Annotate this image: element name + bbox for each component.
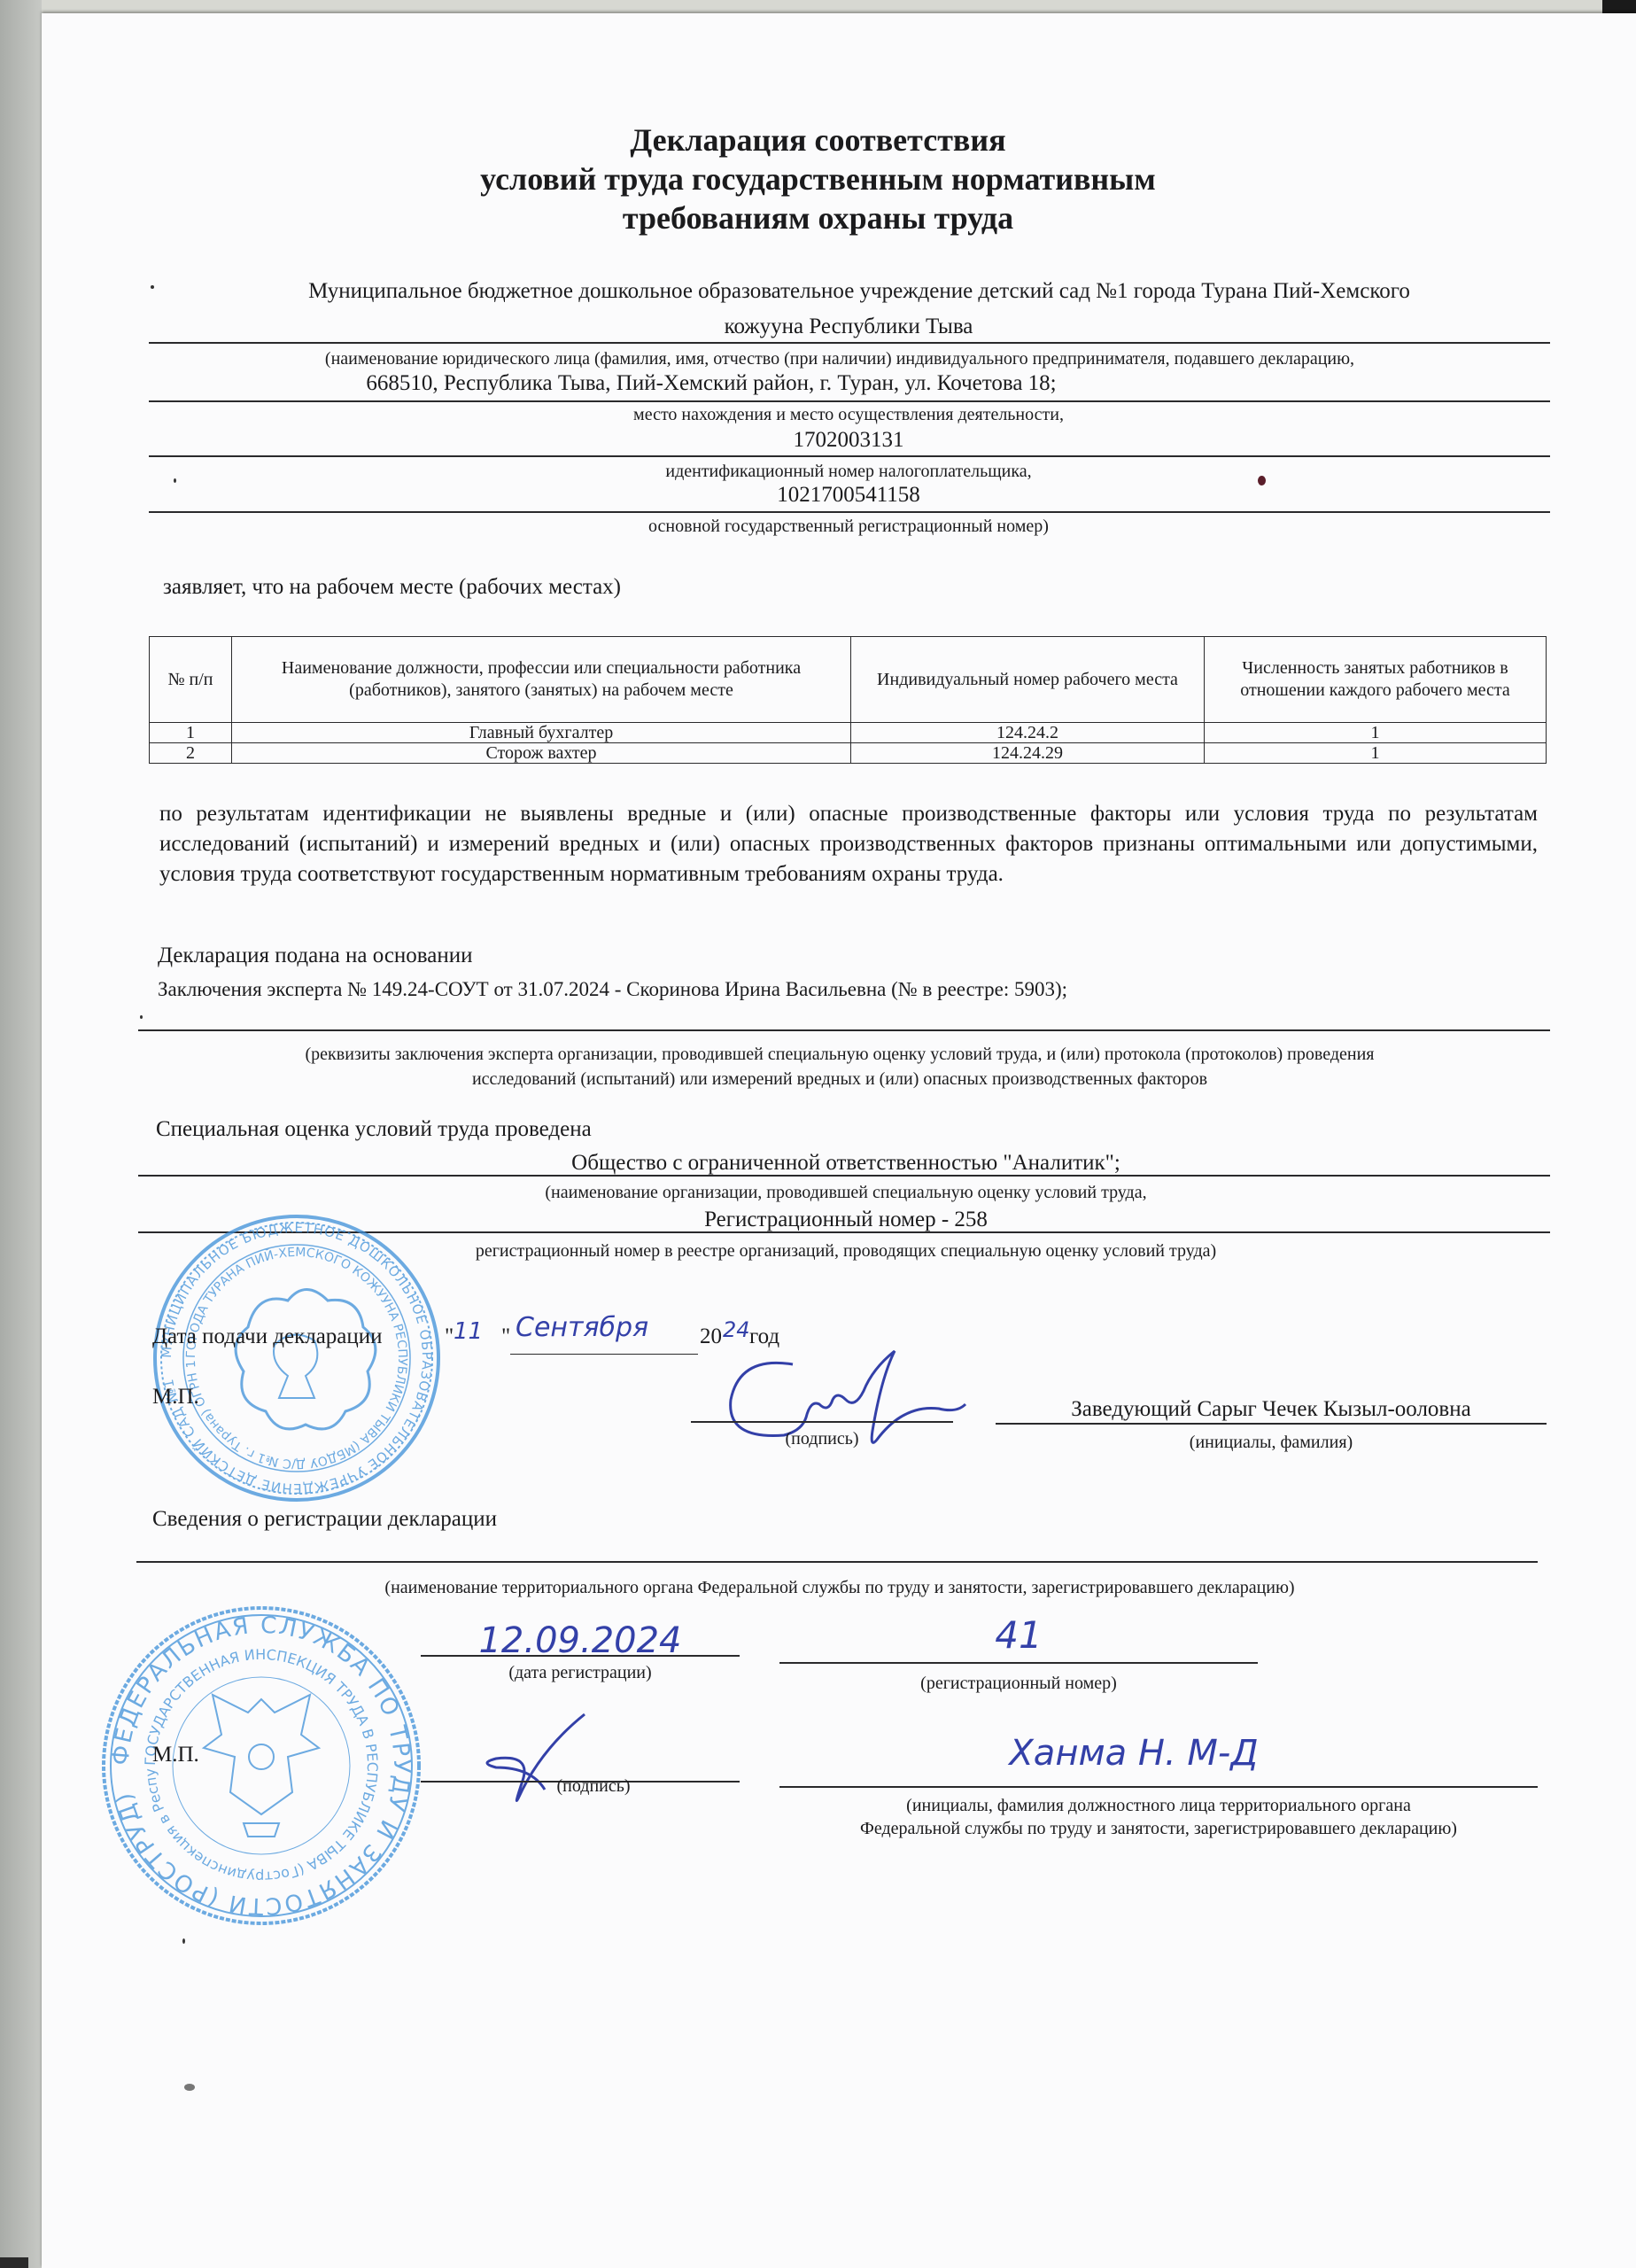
declares-text: заявляет, что на рабочем месте (рабочих … [163, 574, 621, 601]
signer-caption: (инициалы, фамилия) [996, 1432, 1547, 1454]
rostrud-stamp: ФЕДЕРАЛЬНАЯ СЛУЖБА ПО ТРУДУ И ЗАНЯТОСТИ … [97, 1602, 425, 1930]
underline [149, 455, 1550, 457]
col-header-count: Численность занятых работников в отношен… [1205, 637, 1547, 723]
scanner-edge-corner-bottom [0, 2257, 28, 2268]
declarant-address: 668510, Республика Тыва, Пий-Хемский рай… [149, 370, 1274, 397]
submission-mp: М.П. [152, 1384, 199, 1410]
stamp-seal-icon: МУНИЦИПАЛЬНОЕ БЮДЖЕТНОЕ ДОШКОЛЬНОЕ ОБРАЗ… [151, 1212, 443, 1504]
title-line-3: требованиям охраны труда [0, 198, 1636, 237]
cell-position: Главный бухгалтер [232, 723, 851, 743]
col-header-position: Наименование должности, профессии или сп… [232, 637, 851, 723]
declarant-name-line-2: кожууна Республики Тыва [149, 314, 1548, 340]
underline [136, 1561, 1538, 1563]
document-title: Декларация соответствия условий труда го… [0, 120, 1636, 237]
registration-number: 41 [779, 1614, 1258, 1657]
underline [421, 1655, 740, 1657]
registration-number-caption: (регистрационный номер) [779, 1673, 1258, 1695]
submission-month: Сентября [516, 1315, 648, 1341]
registration-mp: М.П. [152, 1742, 199, 1768]
signer-name: Заведующий Сарыг Чечек Кызыл-ооловна [996, 1396, 1547, 1423]
declarant-name-line-1: Муниципальное бюджетное дошкольное образ… [168, 278, 1550, 305]
underline [138, 1175, 1550, 1177]
cell-number: 1 [150, 723, 232, 743]
quote-open: " [445, 1324, 454, 1350]
scanner-edge-left [0, 0, 42, 2268]
submission-year-suffix: 24 [723, 1317, 750, 1343]
cell-position: Сторож вахтер [232, 743, 851, 764]
svg-text:МУНИЦИПАЛЬНОЕ БЮДЖЕТНОЕ ДОШКОЛ: МУНИЦИПАЛЬНОЕ БЮДЖЕТНОЕ ДОШКОЛЬНОЕ ОБРАЗ… [159, 1220, 435, 1496]
registration-date-caption: (дата регистрации) [421, 1662, 740, 1684]
kindergarten-stamp: МУНИЦИПАЛЬНОЕ БЮДЖЕТНОЕ ДОШКОЛЬНОЕ ОБРАЗ… [151, 1212, 443, 1504]
signature-line [691, 1421, 953, 1423]
title-line-1: Декларация соответствия [0, 120, 1636, 159]
underline [510, 1354, 698, 1355]
underline [149, 400, 1550, 402]
scanner-edge-top [0, 0, 1636, 14]
table-row: 2 Сторож вахтер 124.24.29 1 [150, 743, 1547, 764]
table-row: 1 Главный бухгалтер 124.24.2 1 [150, 723, 1547, 743]
declarant-name-caption: (наименование юридического лица (фамилия… [149, 348, 1531, 370]
official-initials: Ханма Н. М-Д [886, 1732, 1382, 1775]
col-header-number: № п/п [150, 637, 232, 723]
scan-speck [184, 2084, 195, 2091]
underline [779, 1662, 1258, 1664]
workplaces-table: № п/п Наименование должности, профессии … [149, 636, 1547, 764]
underline [149, 342, 1550, 344]
cell-count: 1 [1205, 723, 1547, 743]
submission-date-label: Дата подачи декларации [152, 1324, 383, 1350]
declarant-address-caption: место нахождения и место осуществления д… [149, 404, 1548, 426]
assessment-org: Общество с ограниченной ответственностью… [142, 1150, 1550, 1177]
registration-signature-caption: (подпись) [461, 1775, 726, 1798]
declarant-inn: 1702003131 [149, 427, 1548, 454]
official-caption-line-2: Федеральной службы по труду и занятости,… [779, 1818, 1538, 1840]
underline [779, 1786, 1538, 1788]
cell-number: 2 [150, 743, 232, 764]
scan-speck [140, 1015, 143, 1019]
registration-label: Сведения о регистрации декларации [152, 1506, 497, 1533]
basis-caption-line-1: (реквизиты заключения эксперта организац… [149, 1044, 1531, 1066]
declarant-ogrn-caption: основной государственный регистрационный… [149, 516, 1548, 538]
cell-count: 1 [1205, 743, 1547, 764]
basis-label: Декларация подана на основании [158, 943, 473, 969]
submission-day: 11 [454, 1318, 483, 1345]
stamp-eagle-icon: ФЕДЕРАЛЬНАЯ СЛУЖБА ПО ТРУДУ И ЗАНЯТОСТИ … [97, 1602, 425, 1930]
official-caption-line-1: (инициалы, фамилия должностного лица тер… [779, 1795, 1538, 1817]
assessment-label: Специальная оценка условий труда проведе… [156, 1116, 592, 1143]
basis-value: Заключения эксперта № 149.24-СОУТ от 31.… [158, 976, 1067, 1003]
scan-speck [182, 1938, 185, 1944]
declarant-inn-caption: идентификационный номер налогоплательщик… [149, 461, 1548, 483]
basis-caption-line-2: исследований (испытаний) или измерений в… [149, 1068, 1531, 1091]
declarant-ogrn: 1021700541158 [149, 482, 1548, 509]
underline [138, 1029, 1550, 1031]
underline [149, 511, 1550, 513]
scan-speck [151, 285, 154, 289]
col-header-workplace-id: Индивидуальный номер рабочего места [851, 637, 1205, 723]
registration-authority-caption: (наименование территориального органа Фе… [142, 1577, 1538, 1599]
signature-caption: (подпись) [691, 1428, 953, 1450]
cell-workplace-id: 124.24.2 [851, 723, 1205, 743]
result-paragraph: по результатам идентификации не выявлены… [159, 799, 1538, 889]
underline [996, 1423, 1547, 1425]
title-line-2: условий труда государственным нормативны… [0, 159, 1636, 198]
quote-close: " [501, 1324, 510, 1350]
assessment-org-caption: (наименование организации, проводившей с… [142, 1182, 1550, 1204]
cell-workplace-id: 124.24.29 [851, 743, 1205, 764]
table-header-row: № п/п Наименование должности, профессии … [150, 637, 1547, 723]
